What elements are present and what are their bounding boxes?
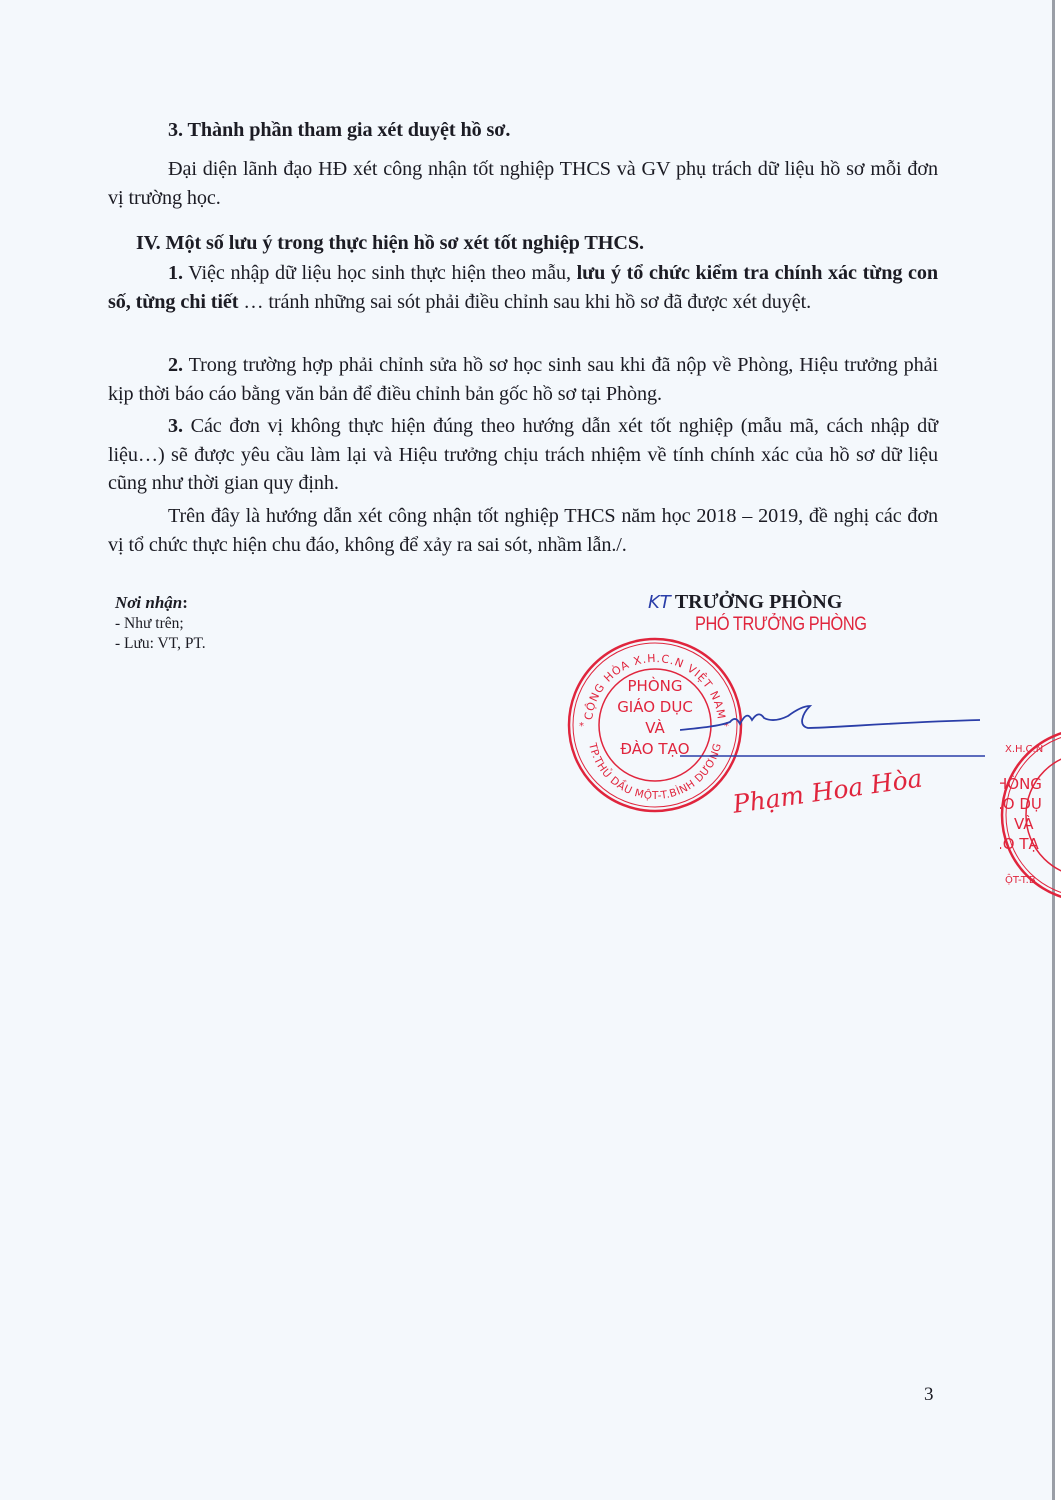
- recipient-item: - Lưu: VT, PT.: [115, 634, 206, 654]
- partial-seal-icon: X.H.C.N HÒNG .O DỤ VÀ .O TẠ ỘT-T.B: [1000, 720, 1061, 910]
- page-number: 3: [924, 1384, 934, 1406]
- item-text: Trong trường hợp phải chỉnh sửa hồ sơ họ…: [108, 354, 938, 405]
- svg-text:.O TẠ: .O TẠ: [1000, 835, 1040, 853]
- head-title: TRƯỞNG PHÒNG: [675, 591, 843, 613]
- section-iv-item-2: 2. Trong trường hợp phải chỉnh sửa hồ sơ…: [108, 351, 938, 408]
- section-iv-heading: IV. Một số lưu ý trong thực hiện hồ sơ x…: [136, 229, 936, 258]
- svg-text:X.H.C.N: X.H.C.N: [1005, 744, 1043, 755]
- item-text: Việc nhập dữ liệu học sinh thực hiện the…: [183, 262, 577, 284]
- recipient-item: - Như trên;: [115, 614, 206, 634]
- svg-text:.O DỤ: .O DỤ: [1000, 795, 1042, 813]
- closing-paragraph: Trên đây là hướng dẫn xét công nhận tốt …: [108, 502, 938, 559]
- svg-text:*: *: [579, 721, 584, 732]
- section-3-heading: 3. Thành phần tham gia xét duyệt hồ sơ.: [108, 116, 938, 145]
- svg-text:VÀ: VÀ: [1014, 814, 1034, 833]
- signer-name-stamp: Phạm Hoa Hòa: [731, 764, 924, 819]
- recipients-block: Nơi nhận: - Như trên; - Lưu: VT, PT.: [115, 593, 206, 654]
- signature-title: KTTRƯỞNG PHÒNG: [648, 591, 842, 614]
- section-iv-item-1: 1. Việc nhập dữ liệu học sinh thực hiện …: [108, 259, 938, 316]
- deputy-title-stamp: PHÓ TRƯỞNG PHÒNG: [695, 614, 866, 636]
- item-number: 1.: [168, 262, 183, 284]
- item-text: Các đơn vị không thực hiện đúng theo hướ…: [108, 415, 938, 494]
- item-text-after: … tránh những sai sót phải điều chỉnh sa…: [238, 291, 811, 313]
- section-iv-item-3: 3. Các đơn vị không thực hiện đúng theo …: [108, 412, 938, 498]
- svg-text:HÒNG: HÒNG: [1000, 774, 1042, 793]
- svg-text:ỘT-T.B: ỘT-T.B: [1005, 873, 1036, 886]
- svg-text:PHÒNG: PHÒNG: [628, 676, 683, 695]
- svg-text:VÀ: VÀ: [645, 718, 665, 737]
- item-number: 2.: [168, 354, 183, 376]
- recipients-title: Nơi nhận: [115, 593, 182, 612]
- item-number: 3.: [168, 415, 183, 437]
- kt-handwritten-mark: KT: [648, 592, 671, 613]
- handwritten-signature-icon: [680, 690, 1000, 760]
- section-3-body: Đại diện lãnh đạo HĐ xét công nhận tốt n…: [108, 155, 938, 212]
